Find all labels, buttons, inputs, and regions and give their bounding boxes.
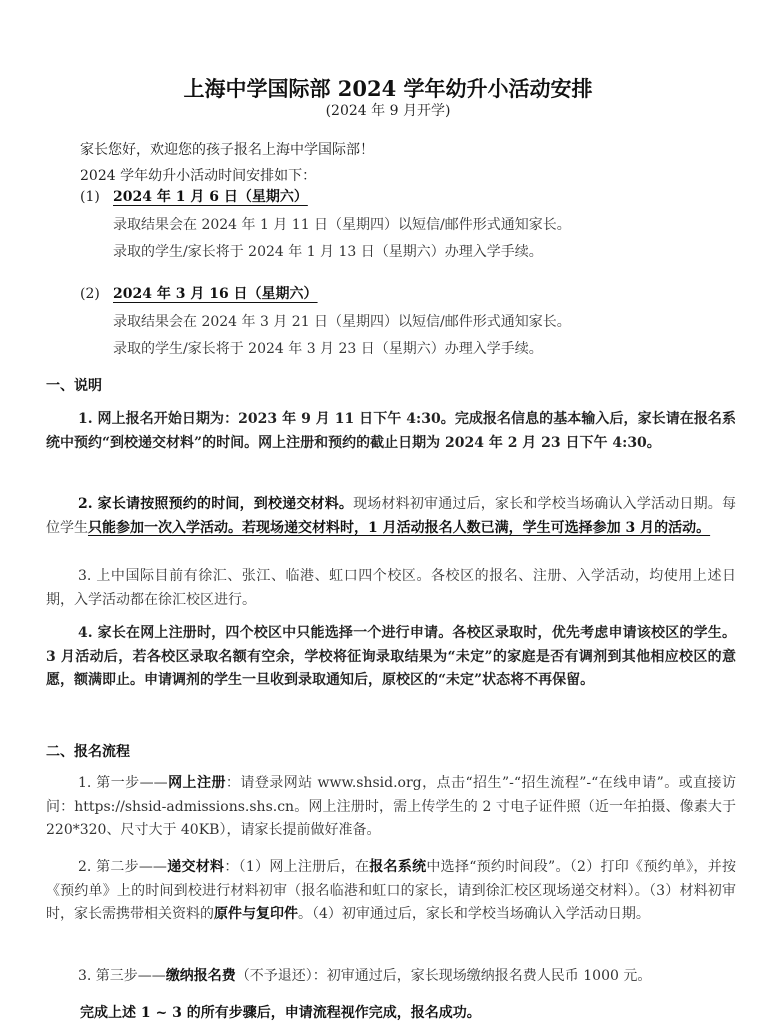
step-3-text: （不予退还）：初审通过后，家长现场缴纳报名费人民币 1000 元。 (236, 968, 652, 984)
enrollment-notice: 录取的学生/家长将于 2024 年 1 月 13 日（星期六）办理入学手续。 (113, 242, 543, 262)
section-heading-process: 二、报名流程 (46, 741, 130, 761)
step-3-prefix: 3. 第三步—— (78, 968, 166, 984)
step-2-registration-system: 报名系统 (369, 859, 426, 875)
step-1: 1. 第一步——网上注册：请登录网站 www.shsid.org，点击“招生”-… (46, 772, 736, 843)
step-2-text-e: 。（4）初审通过后，家长和学校当场确认入学活动日期。 (298, 906, 650, 922)
note-2: 2. 家长请按照预约的时间，到校递交材料。现场材料初审通过后，家长和学校当场确认… (46, 493, 736, 540)
step-3: 3. 第三步——缴纳报名费（不予退还）：初审通过后，家长现场缴纳报名费人民币 1… (46, 965, 736, 989)
step-1-prefix: 1. 第一步—— (78, 775, 168, 791)
enrollment-notice: 录取的学生/家长将于 2024 年 3 月 23 日（星期六）办理入学手续。 (113, 339, 543, 359)
session-marker: (2) (80, 284, 100, 304)
schedule-intro: 2024 学年幼升小活动时间安排如下： (80, 166, 316, 186)
note-3: 3. 上中国际目前有徐汇、张江、临港、虹口四个校区。各校区的报名、注册、入学活动… (46, 565, 736, 612)
greeting: 家长您好，欢迎您的孩子报名上海中学国际部！ (80, 140, 374, 160)
page-title: 上海中学国际部 2024 学年幼升小活动安排 (0, 73, 776, 103)
step-2-text-a: ：（1）网上注册后，在 (224, 859, 369, 875)
step-2-originals-copies: 原件与复印件 (214, 906, 298, 922)
session-marker: (1) (80, 187, 100, 207)
note-2-underlined: 只能参加一次入学活动。若现场递交材料时，1 月活动报名人数已满，学生可选择参加 … (88, 520, 710, 536)
step-1-title: 网上注册 (168, 775, 226, 791)
step-3-title: 缴纳报名费 (166, 968, 236, 984)
session-date: 2024 年 1 月 6 日（星期六） (113, 187, 308, 207)
step-2-title: 递交材料 (167, 859, 224, 875)
result-notice: 录取结果会在 2024 年 1 月 11 日（星期四）以短信/邮件形式通知家长。 (113, 215, 571, 235)
note-2-lead: 2. 家长请按照预约的时间，到校递交材料。 (78, 496, 353, 512)
result-notice: 录取结果会在 2024 年 3 月 21 日（星期四）以短信/邮件形式通知家长。 (113, 312, 571, 332)
step-2-prefix: 2. 第二步—— (78, 859, 167, 875)
page-subtitle: (2024 年 9 月开学) (0, 100, 776, 120)
session-date: 2024 年 3 月 16 日（星期六） (113, 284, 318, 304)
step-2: 2. 第二步——递交材料：（1）网上注册后，在报名系统中选择“预约时间段”。（2… (46, 856, 736, 927)
note-4: 4. 家长在网上注册时，四个校区中只能选择一个进行申请。各校区录取时，优先考虑申… (46, 622, 736, 693)
conclusion: 完成上述 1 ~ 3 的所有步骤后，申请流程视作完成，报名成功。 (80, 1003, 481, 1023)
note-1: 1. 网上报名开始日期为：2023 年 9 月 11 日下午 4:30。完成报名… (46, 408, 736, 455)
section-heading-notes: 一、说明 (46, 375, 102, 395)
